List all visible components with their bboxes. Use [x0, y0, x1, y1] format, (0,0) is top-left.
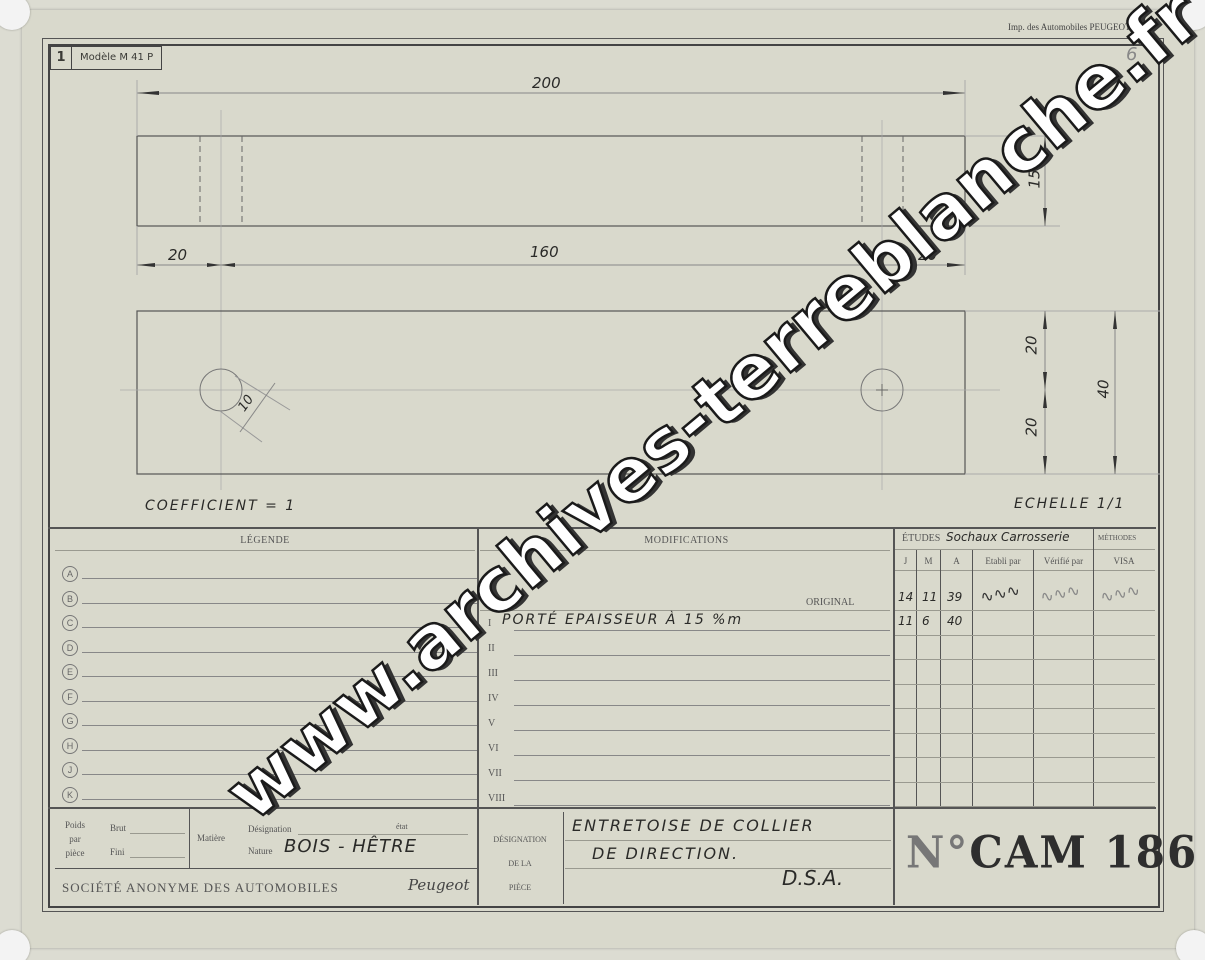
modifications-header-rule: [480, 550, 890, 551]
titleblock-top-rule: [48, 527, 1156, 529]
etudes-column-header: VISA: [1094, 556, 1154, 566]
fini-label: Fini: [110, 847, 125, 857]
part-number-stamp: N°CAM 186: [906, 827, 1198, 878]
designation-bracket: [563, 812, 564, 904]
brut-line: [130, 833, 185, 834]
dim-half-height-bottom: 20: [1023, 417, 1041, 436]
legende-circle-icon: E: [62, 664, 78, 680]
modification-row: VII: [488, 762, 890, 786]
legende-header-rule: [55, 550, 475, 551]
etudes-grid-rule: [895, 610, 1155, 611]
legende-circle-icon: B: [62, 591, 78, 607]
dim-right-offset: 20: [918, 246, 937, 264]
legende-circle-icon: F: [62, 689, 78, 705]
original-label: ORIGINAL: [806, 597, 854, 608]
etudes-column-header: M: [917, 556, 940, 566]
etudes-grid-rule: [895, 733, 1155, 734]
poids-label-line: Poids: [60, 818, 90, 832]
poids-divider: [189, 809, 190, 868]
modification-numeral: II: [488, 643, 495, 654]
designation-line-2: DE DIRECTION.: [592, 844, 739, 863]
etudes-col-divider-2: [940, 550, 941, 807]
legende-line: [82, 652, 477, 653]
modification-row: II: [488, 637, 890, 661]
modification-row: V: [488, 712, 890, 736]
modification-line: [514, 655, 890, 656]
original-rule: [480, 610, 890, 611]
etudes-grid-rule: [895, 635, 1155, 636]
dim-half-height-top: 20: [1023, 335, 1041, 354]
etudes-grid-rule: [895, 757, 1155, 758]
legende-line: [82, 627, 477, 628]
etudes-date-m: 6: [922, 614, 930, 628]
part-number-prefix: N°: [906, 827, 969, 878]
etudes-grid-rule: [895, 659, 1155, 660]
etudes-col-divider-4: [1033, 550, 1034, 807]
company-brand-logo: Peugeot: [408, 876, 470, 894]
etudes-column-header: J: [895, 556, 916, 566]
poids-label-line: pièce: [60, 846, 90, 860]
legende-circle-icon: C: [62, 615, 78, 631]
modification-row: VIII: [488, 787, 890, 811]
legende-header: LÉGENDE: [55, 535, 475, 546]
modification-numeral: IV: [488, 693, 499, 704]
technical-drawing: [0, 0, 1205, 530]
modifications-header: MODIFICATIONS: [480, 535, 893, 546]
modification-line: [514, 780, 890, 781]
modification-numeral: VI: [488, 743, 499, 754]
etudes-column-header: Etabli par: [973, 556, 1033, 566]
modification-line: [514, 705, 890, 706]
legende-item: J: [62, 758, 477, 782]
designation-piece-label-line: DÉSIGNATION: [484, 828, 556, 852]
legende-circle-icon: G: [62, 713, 78, 729]
etudes-date-m: 11: [922, 590, 937, 604]
methodes-label: MÉTHODES: [1098, 534, 1136, 542]
modification-numeral: VII: [488, 768, 502, 779]
designation-piece-label: DÉSIGNATIONDE LAPIÈCE: [484, 828, 556, 900]
legende-item: G: [62, 709, 477, 733]
etudes-date-j: 11: [898, 614, 913, 628]
etudes-grid-rule: [895, 782, 1155, 783]
company-rule: [55, 868, 477, 869]
legende-line: [82, 578, 477, 579]
legende-item: H: [62, 734, 477, 758]
etudes-rule-2: [895, 570, 1155, 571]
dim-total-height: 40: [1095, 379, 1113, 398]
modification-row: VI: [488, 737, 890, 761]
etudes-col-divider-3: [972, 550, 973, 807]
etudes-column-header: A: [941, 556, 972, 566]
legende-line: [82, 603, 477, 604]
etudes-date-a: 40: [947, 614, 962, 628]
etudes-date-a: 39: [947, 590, 962, 604]
poids-label: Poidsparpièce: [60, 818, 90, 860]
modification-row: IV: [488, 687, 890, 711]
designation-line: [298, 834, 468, 835]
dim-left-offset: 20: [168, 246, 187, 264]
nature-value: BOIS - HÊTRE: [284, 836, 417, 857]
etudes-header-location: Sochaux Carrosserie: [946, 530, 1070, 544]
legende-item: C: [62, 611, 477, 635]
designation-piece-label-line: PIÈCE: [484, 876, 556, 900]
legende-circle-icon: H: [62, 738, 78, 754]
etudes-date-j: 14: [898, 590, 913, 604]
etat-label: état: [396, 822, 408, 831]
dim-overall-length: 200: [532, 74, 561, 92]
modification-line: [514, 680, 890, 681]
modification-numeral: III: [488, 668, 498, 679]
legende-circle-icon: K: [62, 787, 78, 803]
dim-thickness: 15: [1026, 169, 1044, 188]
modification-line: [514, 755, 890, 756]
etudes-header-prefix: ÉTUDES: [902, 533, 940, 544]
modification-line: [514, 730, 890, 731]
designation-piece-label-line: DE LA: [484, 852, 556, 876]
legende-item: B: [62, 587, 477, 611]
company-name: SOCIÉTÉ ANONYME DES AUTOMOBILES: [62, 880, 339, 896]
coefficient-label: COEFFICIENT = 1: [145, 498, 296, 514]
modification-row: III: [488, 662, 890, 686]
legende-item: A: [62, 562, 477, 586]
etudes-col-divider-methodes: [1093, 527, 1094, 807]
etudes-grid-rule: [895, 708, 1155, 709]
legende-item: E: [62, 660, 477, 684]
etudes-grid-rule: [895, 806, 1155, 807]
etudes-rule-1: [895, 549, 1155, 550]
modification-line: [514, 805, 890, 806]
matiere-label: Matière: [197, 833, 225, 843]
modification-numeral: VIII: [488, 793, 505, 804]
legende-line: [82, 701, 477, 702]
legende-circle-icon: J: [62, 762, 78, 778]
modification-text: PORTÉ EPAISSEUR À 15 %m: [502, 612, 743, 628]
legende-line: [82, 799, 477, 800]
legende-circle-icon: D: [62, 640, 78, 656]
legende-circle-icon: A: [62, 566, 78, 582]
designation-line-1: ENTRETOISE DE COLLIER: [572, 816, 815, 835]
modification-numeral: I: [488, 618, 491, 629]
nature-label: Nature: [248, 846, 273, 856]
etudes-col-divider-1: [916, 550, 917, 807]
modification-row: IPORTÉ EPAISSEUR À 15 %m: [488, 612, 890, 636]
divider-mods-etudes: [893, 527, 895, 905]
legende-line: [82, 774, 477, 775]
etudes-grid-rule: [895, 684, 1155, 685]
legende-item: F: [62, 685, 477, 709]
pin-bottom-right: [1176, 930, 1205, 960]
modification-line: [514, 630, 890, 631]
designation-label: Désignation: [248, 824, 292, 834]
legende-line: [82, 676, 477, 677]
scale-label: ECHELLE 1/1: [1014, 496, 1125, 512]
legende-item: D: [62, 636, 477, 660]
designation-rule-1: [565, 840, 891, 841]
legende-line: [82, 750, 477, 751]
legende-item: K: [62, 783, 477, 807]
fini-line: [130, 857, 185, 858]
etudes-column-header: Vérifié par: [1034, 556, 1093, 566]
designation-line-3: D.S.A.: [782, 866, 843, 890]
part-number-code: CAM 186: [969, 827, 1198, 878]
poids-label-line: par: [60, 832, 90, 846]
legende-line: [82, 725, 477, 726]
dim-inner-length: 160: [530, 243, 559, 261]
modification-numeral: V: [488, 718, 495, 729]
divider-legend-mods: [477, 527, 479, 905]
brut-label: Brut: [110, 823, 126, 833]
